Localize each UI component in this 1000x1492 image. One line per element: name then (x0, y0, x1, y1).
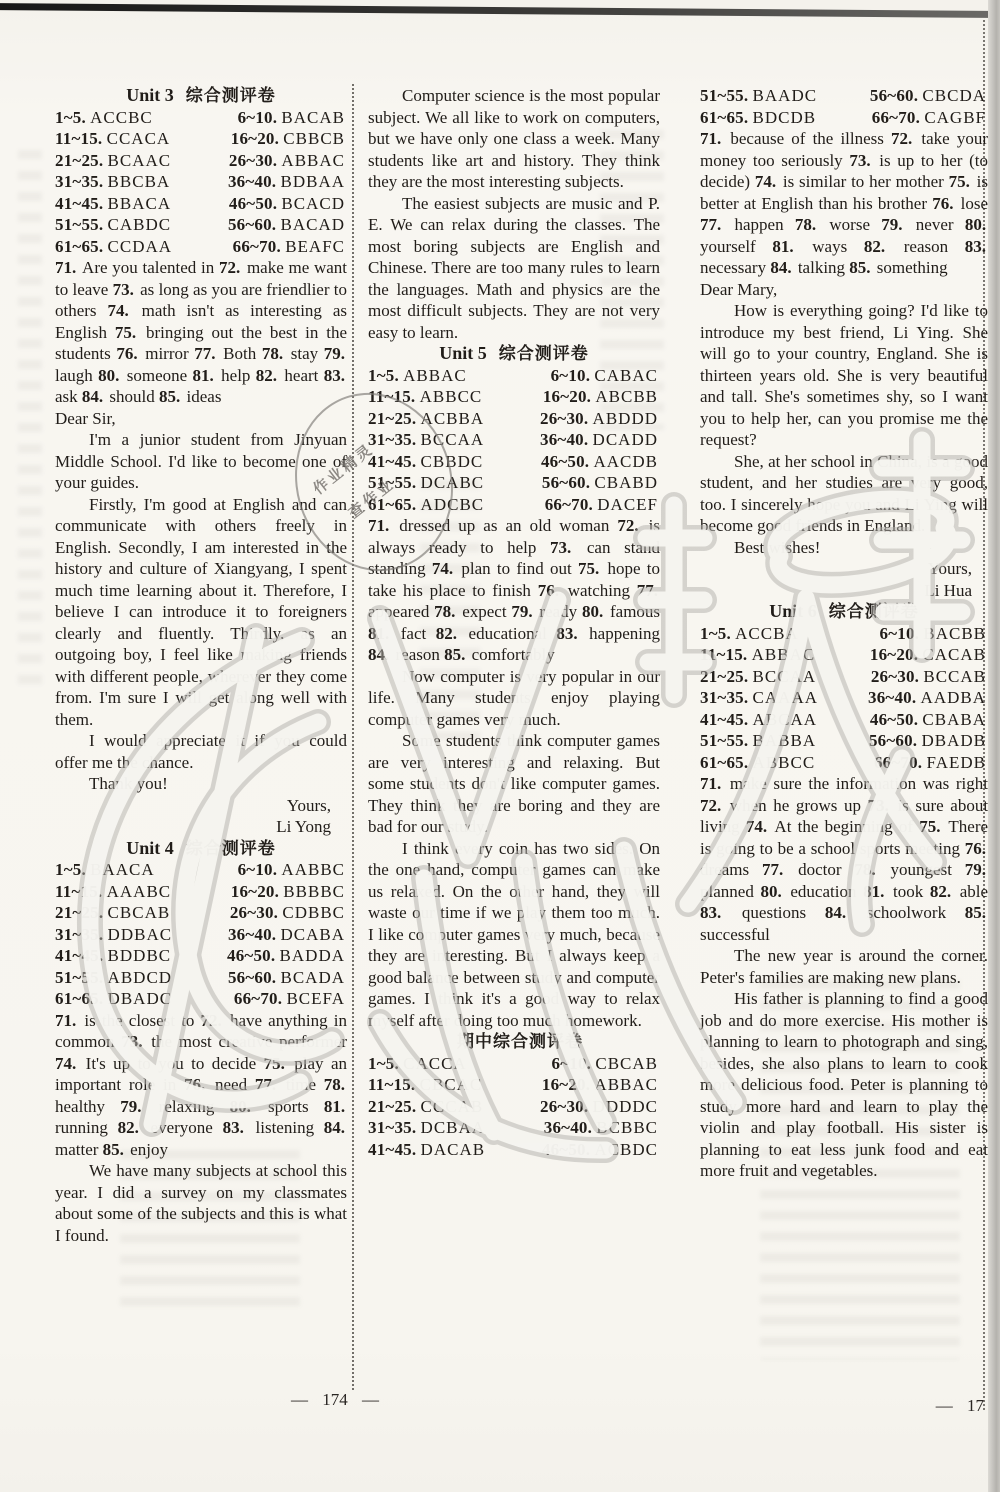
item-number: 81. (368, 624, 389, 643)
answer-range: 16~20. (870, 645, 918, 664)
item-number: 71. (700, 774, 721, 793)
answer-letters: ACBDC (594, 1140, 658, 1159)
answer-letters: BADDA (280, 946, 345, 965)
bleed-through-smudge (18, 150, 42, 690)
item-number: 79. (324, 344, 345, 363)
item-number: 77. (637, 581, 658, 600)
answer-range: 66~70. (234, 989, 282, 1008)
answer-range: 36~40. (540, 430, 588, 449)
numbered-items: 71. dressed up as an old woman 72. is al… (368, 515, 660, 666)
item-number: 81. (324, 1097, 345, 1116)
item-number: 85. (965, 903, 986, 922)
answer-row: 41~45. CBBDC46~50. AACDB (368, 451, 660, 473)
answer-range: 46~50. (870, 710, 918, 729)
item-text: time (286, 1075, 316, 1094)
answer-letters: BAADC (753, 86, 818, 105)
answer-range: 36~40. (228, 925, 276, 944)
item-number: 73. (868, 796, 889, 815)
answer-cell: 1~5. ACCBA (700, 623, 799, 645)
item-number: 72. (617, 516, 638, 535)
answer-row: 51~55. BABBA56~60. DBADB (700, 730, 988, 752)
answer-letters: AAABC (107, 882, 172, 901)
paragraph: Best wishes! (700, 537, 988, 559)
answer-row: 31~35. BBCBA36~40. BDBAA (55, 171, 347, 193)
answer-row: 1~5. ACCBC6~10. BACAB (55, 107, 347, 129)
paragraph: I'm a junior student from Jinyuan Middle… (55, 429, 347, 494)
answer-cell: 6~10. CBCAB (552, 1053, 658, 1075)
item-text: listening (256, 1118, 315, 1137)
answer-cell: 1~5. BAACA (55, 859, 155, 881)
scanned-answer-page: Unit 3综合测评卷1~5. ACCBC6~10. BACAB11~15. C… (0, 0, 1000, 1492)
answer-row: 21~25. CCCAB26~30. DDDDC (368, 1096, 660, 1118)
answer-cell: 36~40. BCBBC (544, 1117, 658, 1139)
answer-row: 31~35. DDBAC36~40. DCABA (55, 924, 347, 946)
answer-letters: DBADB (921, 731, 986, 750)
answer-cell: 36~40. BDBAA (228, 171, 345, 193)
answer-range: 31~35. (368, 430, 416, 449)
item-text: planned (700, 882, 754, 901)
item-number: 83. (324, 366, 345, 385)
answer-range: 6~10. (552, 1054, 592, 1073)
item-number: 71. (368, 516, 389, 535)
item-number: 81. (193, 366, 214, 385)
answer-range: 66~70. (545, 495, 593, 514)
answer-cell: 61~65. ABBCC (700, 752, 815, 774)
answer-cell: 16~20. ABCBB (543, 386, 658, 408)
answer-cell: 1~5. CACCA (368, 1053, 467, 1075)
answer-row: 41~45. DACAB46~50. ACBDC (368, 1139, 660, 1161)
answer-letters: CABAC (594, 366, 658, 385)
item-text: help (221, 366, 250, 385)
answer-row: 41~45. ABCAA46~50. CBABA (700, 709, 988, 731)
answer-range: 56~60. (870, 86, 918, 105)
section-heading: Unit 6综合测评卷 (700, 601, 988, 623)
item-number: 85. (159, 387, 180, 406)
answer-row: 21~25. CBCAB26~30. CDBBC (55, 902, 347, 924)
answer-letters: DCABC (421, 473, 485, 492)
answer-letters: BEAFC (285, 237, 345, 256)
answer-row: 41~45. BDDBC46~50. BADDA (55, 945, 347, 967)
answer-letters: ABDDD (593, 409, 658, 428)
answer-range: 61~65. (55, 989, 103, 1008)
answer-cell: 61~65. BDCDB (700, 107, 816, 129)
paragraph: His father is planning to find a good jo… (700, 988, 988, 1182)
answer-letters: CBCAB (595, 1054, 658, 1073)
answer-letters: BCCAB (923, 667, 986, 686)
answer-row: 11~15. ABBCC16~20. ABCBB (368, 386, 660, 408)
answer-grid: 1~5. ACCBC6~10. BACAB11~15. CCACA16~20. … (55, 107, 347, 258)
item-number: 76. (116, 344, 137, 363)
answer-letters: AABBC (281, 860, 345, 879)
answer-letters: DBADC (108, 989, 173, 1008)
answer-range: 56~60. (228, 215, 276, 234)
item-number: 76. (538, 581, 559, 600)
answer-cell: 66~70. FAEDB (874, 752, 986, 774)
item-number: 77. (255, 1075, 276, 1094)
answer-row: 21~25. BCCAA26~30. BCCAB (700, 666, 988, 688)
column-right: 51~55. BAADC56~60. CBCDA61~65. BDCDB66~7… (700, 85, 988, 1182)
item-text: because of the illness (730, 129, 884, 148)
item-number: 83. (965, 237, 986, 256)
answer-range: 56~60. (542, 473, 590, 492)
item-number: 83. (556, 624, 577, 643)
answer-grid: 1~5. BAACA6~10. AABBC11~15. AAABC16~20. … (55, 859, 347, 1010)
answer-cell: 51~55. BABBA (700, 730, 816, 752)
answer-range: 1~5. (55, 108, 86, 127)
answer-cell: 56~60. BCADA (228, 967, 345, 989)
answer-cell: 41~45. CBBDC (368, 451, 483, 473)
item-number: 72. (219, 258, 240, 277)
item-number: 72. (891, 129, 912, 148)
item-text: able (960, 882, 988, 901)
item-text: successful (700, 925, 770, 944)
answer-range: 41~45. (368, 1140, 416, 1159)
answer-range: 61~65. (700, 753, 748, 772)
answer-letters: ACCBA (735, 624, 799, 643)
answer-cell: 11~15. CCACA (55, 128, 170, 150)
answer-letters: CCCAB (421, 1097, 484, 1116)
answer-letters: CABDC (108, 215, 172, 234)
answer-row: 11~15. AAABC16~20. BBBBC (55, 881, 347, 903)
answer-range: 56~60. (869, 731, 917, 750)
answer-letters: BDCDB (753, 108, 817, 127)
item-number: 81. (772, 237, 793, 256)
answer-range: 36~40. (544, 1118, 592, 1137)
paragraph: How is everything going? I'd like to int… (700, 300, 988, 451)
item-text: never (916, 215, 954, 234)
answer-range: 16~20. (542, 1075, 590, 1094)
item-text: is similar to her mother (783, 172, 944, 191)
scan-edge-artifact (0, 3, 1000, 18)
answer-cell: 31~35. DDBAC (55, 924, 172, 946)
answer-range: 51~55. (55, 968, 103, 987)
numbered-items: 71. Are you talented in 72. make me want… (55, 257, 347, 408)
answer-range: 26~30. (230, 903, 278, 922)
answer-letters: DACAB (421, 1140, 486, 1159)
item-number: 78. (324, 1075, 345, 1094)
answer-letters: BACAD (280, 215, 345, 234)
answer-range: 46~50. (542, 1140, 590, 1159)
item-number: 78. (854, 860, 875, 879)
answer-letters: ABCBB (595, 387, 658, 406)
answer-letters: CCACA (107, 129, 171, 148)
answer-cell: 66~70. CAGBF (872, 107, 986, 129)
answer-cell: 56~60. BACAD (228, 214, 345, 236)
section-heading-unit: Unit 3 (126, 85, 174, 105)
answer-cell: 16~20. BBBBC (231, 881, 345, 903)
answer-letters: BCBBC (596, 1118, 658, 1137)
answer-row: 61~65. ABBCC66~70. FAEDB (700, 752, 988, 774)
paragraph: Thank you! (55, 773, 347, 795)
answer-letters: CBBCB (283, 129, 345, 148)
answer-row: 51~55. BAADC56~60. CBCDA (700, 85, 988, 107)
answer-range: 41~45. (55, 194, 103, 213)
item-text: make sure the information was right (730, 774, 988, 793)
answer-letters: AACDB (593, 452, 658, 471)
answer-cell: 66~70. BEAFC (233, 236, 345, 258)
column-middle: Computer science is the most popular sub… (368, 85, 660, 1160)
answer-row: 41~45. BBACA46~50. BCACD (55, 193, 347, 215)
item-text: yourself (700, 237, 756, 256)
item-number: 71. (55, 1011, 76, 1030)
item-text: sports (268, 1097, 309, 1116)
answer-letters: CCDAA (108, 237, 173, 256)
answer-range: 31~35. (700, 688, 748, 707)
paragraph: Firstly, I'm good at English and can com… (55, 494, 347, 731)
answer-range: 11~15. (368, 387, 415, 406)
section-heading-title: 综合测评卷 (186, 86, 276, 105)
item-number: 79. (965, 860, 986, 879)
item-number: 75. (919, 817, 940, 836)
item-number: 80. (965, 215, 986, 234)
answer-letters: ACBBA (421, 409, 485, 428)
item-number: 82. (436, 624, 457, 643)
section-heading: Unit 4综合测评卷 (55, 838, 347, 860)
answer-range: 21~25. (700, 667, 748, 686)
answer-letters: BCEFA (286, 989, 345, 1008)
item-number: 72. (700, 796, 721, 815)
answer-cell: 66~70. BCEFA (234, 988, 345, 1010)
section-heading-unit: Unit 5 (439, 343, 487, 363)
answer-letters: DDDDC (593, 1097, 658, 1116)
item-text: enjoy (130, 1140, 168, 1159)
answer-letters: BBACA (108, 194, 172, 213)
paragraph: We have many subjects at school this yea… (55, 1160, 347, 1246)
item-number: 74. (746, 817, 767, 836)
answer-cell: 56~60. CBABD (542, 472, 658, 494)
answer-row: 11~15. CBCAC16~20. ABBAC (368, 1074, 660, 1096)
answer-letters: CAAAA (753, 688, 818, 707)
answer-range: 51~55. (55, 215, 103, 234)
item-text: fact (401, 624, 426, 643)
answer-cell: 51~55. ABDCD (55, 967, 172, 989)
answer-row: 51~55. DCABC56~60. CBABD (368, 472, 660, 494)
answer-letters: BBBBC (283, 882, 345, 901)
answer-row: 31~35. BCCAA36~40. DCADD (368, 429, 660, 451)
item-text: doctor (798, 860, 841, 879)
answer-letters: ABBCC (420, 387, 483, 406)
answer-cell: 16~20. ABBAC (542, 1074, 658, 1096)
answer-cell: 16~20. CBBCB (231, 128, 345, 150)
answer-range: 66~70. (872, 108, 920, 127)
answer-letters: DDBAC (108, 925, 173, 944)
answer-range: 1~5. (55, 860, 86, 879)
item-number: 76. (184, 1075, 205, 1094)
answer-cell: 41~45. DACAB (368, 1139, 485, 1161)
signature-line: Li Yong (55, 816, 347, 838)
item-text: schoolwork (867, 903, 946, 922)
answer-range: 11~15. (368, 1075, 415, 1094)
answer-range: 66~70. (874, 753, 922, 772)
answer-letters: CBABA (922, 710, 986, 729)
column-separator-dotted (352, 84, 354, 1390)
item-text: lose (961, 194, 988, 213)
answer-cell: 26~30. BCCAB (871, 666, 986, 688)
item-text: ideas (187, 387, 222, 406)
item-text: worse (829, 215, 870, 234)
answer-row: 61~65. BDCDB66~70. CAGBF (700, 107, 988, 129)
paragraph: Some students think computer games are v… (368, 730, 660, 838)
answer-cell: 51~55. CABDC (55, 214, 171, 236)
item-text: something (877, 258, 948, 277)
item-number: 80. (760, 882, 781, 901)
answer-row: 1~5. CACCA6~10. CBCAB (368, 1053, 660, 1075)
item-text: mirror (145, 344, 188, 363)
answer-letters: CBBDC (421, 452, 484, 471)
answer-cell: 36~40. DCABA (228, 924, 345, 946)
answer-letters: ADCBC (421, 495, 485, 514)
item-text: ways (812, 237, 847, 256)
item-text: ready (539, 602, 577, 621)
answer-row: 1~5. ABBAC6~10. CABAC (368, 365, 660, 387)
answer-letters: BAACA (90, 860, 155, 879)
answer-cell: 26~30. CDBBC (230, 902, 345, 924)
item-number: 73. (849, 151, 870, 170)
item-text: youngest (891, 860, 952, 879)
item-number: 78. (434, 602, 455, 621)
answer-range: 31~35. (55, 172, 103, 191)
item-text: everyone (151, 1118, 213, 1137)
answer-letters: BBCBA (108, 172, 171, 191)
answer-row: 31~35. CAAAA36~40. AADBA (700, 687, 988, 709)
answer-letters: ABBAC (594, 1075, 658, 1094)
answer-cell: 31~35. BBCBA (55, 171, 170, 193)
paragraph: The new year is around the corner. Peter… (700, 945, 988, 988)
answer-cell: 46~50. ACBDC (542, 1139, 658, 1161)
answer-range: 6~10. (880, 624, 920, 643)
answer-row: 51~55. CABDC56~60. BACAD (55, 214, 347, 236)
answer-range: 16~20. (543, 387, 591, 406)
item-text: dreams (700, 860, 749, 879)
answer-cell: 11~15. AAABC (55, 881, 171, 903)
answer-grid: 1~5. CACCA6~10. CBCAB11~15. CBCAC16~20. … (368, 1053, 660, 1161)
answer-letters: CBCAC (420, 1075, 483, 1094)
answer-grid: 1~5. ACCBA6~10. BACBB11~15. ABBAC16~20. … (700, 623, 988, 774)
item-number: 75. (115, 323, 136, 342)
item-text: relaxing (159, 1097, 215, 1116)
item-text: necessary (700, 258, 766, 277)
answer-range: 1~5. (700, 624, 731, 643)
section-heading-title: 综合测评卷 (186, 839, 276, 858)
item-number: 80. (582, 602, 603, 621)
answer-row: 21~25. ACBBA26~30. ABDDD (368, 408, 660, 430)
item-number: 75. (949, 172, 970, 191)
answer-letters: FAEDB (927, 753, 986, 772)
section-heading-title: 综合测评卷 (499, 344, 589, 363)
answer-letters: CBCAB (108, 903, 171, 922)
item-text: happen (735, 215, 784, 234)
item-number: 80. (230, 1097, 251, 1116)
item-text: someone (127, 366, 187, 385)
answer-row: 61~65. CCDAA66~70. BEAFC (55, 236, 347, 258)
item-number: 77. (700, 215, 721, 234)
answer-letters: BACBB (923, 624, 986, 643)
answer-range: 31~35. (368, 1118, 416, 1137)
answer-range: 26~30. (871, 667, 919, 686)
item-text: plan to find out (461, 559, 571, 578)
section-heading-title: 综合测评卷 (829, 602, 919, 621)
answer-cell: 6~10. AABBC (238, 859, 345, 881)
answer-letters: BCCAA (753, 667, 817, 686)
item-number: 84. (368, 645, 389, 664)
paragraph: She, at her school in China, is a good s… (700, 451, 988, 537)
item-text: is the closest to (84, 1011, 194, 1030)
item-number: 74. (755, 172, 776, 191)
answer-cell: 46~50. CBABA (870, 709, 986, 731)
answer-cell: 56~60. CBCDA (870, 85, 986, 107)
paragraph: The easiest subjects are music and P. E.… (368, 193, 660, 344)
answer-range: 1~5. (368, 1054, 399, 1073)
answer-range: 66~70. (233, 237, 281, 256)
section-heading: 期中综合测评卷 (368, 1031, 660, 1053)
answer-range: 61~65. (700, 108, 748, 127)
answer-cell: 41~45. BDDBC (55, 945, 171, 967)
item-text: Both (223, 344, 256, 363)
answer-letters: ABBCC (753, 753, 816, 772)
answer-cell: 26~30. ABDDD (540, 408, 658, 430)
item-text: reason (904, 237, 948, 256)
item-text: educational (469, 624, 547, 643)
item-text: running (55, 1118, 108, 1137)
answer-letters: ABBAC (403, 366, 467, 385)
answer-cell: 11~15. CBCAC (368, 1074, 482, 1096)
item-number: 85. (103, 1140, 124, 1159)
answer-range: 61~65. (368, 495, 416, 514)
answer-range: 6~10. (238, 860, 278, 879)
answer-letters: BCADA (280, 968, 345, 987)
answer-cell: 61~65. CCDAA (55, 236, 172, 258)
answer-cell: 1~5. ABBAC (368, 365, 467, 387)
answer-range: 51~55. (700, 86, 748, 105)
answer-letters: AADBA (921, 688, 986, 707)
item-text: watching (568, 581, 630, 600)
page-number-right: — 17 (900, 1396, 984, 1416)
item-number: 78. (262, 344, 283, 363)
answer-letters: CAGBF (924, 108, 986, 127)
answer-row: 61~65. DBADC66~70. BCEFA (55, 988, 347, 1010)
answer-cell: 46~50. BCACD (229, 193, 345, 215)
answer-letters: BCAAC (108, 151, 172, 170)
answer-cell: 56~60. DBADB (869, 730, 986, 752)
answer-range: 6~10. (551, 366, 591, 385)
answer-cell: 36~40. DCADD (540, 429, 658, 451)
answer-letters: BABBA (753, 731, 817, 750)
item-text: questions (742, 903, 806, 922)
answer-letters: BACAB (281, 108, 345, 127)
item-number: 80. (98, 366, 119, 385)
salutation: Dear Sir, (55, 408, 347, 430)
answer-row: 51~55. ABDCD56~60. BCADA (55, 967, 347, 989)
answer-cell: 11~15. ABBCC (368, 386, 482, 408)
item-number: 82. (256, 366, 277, 385)
item-text: It's up to you to decide (86, 1054, 256, 1073)
answer-cell: 21~25. CCCAB (368, 1096, 483, 1118)
answer-letters: ABBAC (281, 151, 345, 170)
answer-range: 16~20. (231, 129, 279, 148)
page-number-left: — 174 — (250, 1390, 420, 1410)
item-number: 82. (864, 237, 885, 256)
answer-letters: BDDBC (108, 946, 172, 965)
item-text: heart (284, 366, 318, 385)
section-heading-unit: Unit 4 (126, 838, 174, 858)
item-text: happening (589, 624, 660, 643)
answer-letters: CACAB (922, 645, 986, 664)
item-number: 73. (113, 280, 134, 299)
answer-cell: 31~35. DCBAA (368, 1117, 485, 1139)
item-number: 74. (432, 559, 453, 578)
item-text: need (215, 1075, 247, 1094)
answer-cell: 16~20. CACAB (870, 644, 986, 666)
